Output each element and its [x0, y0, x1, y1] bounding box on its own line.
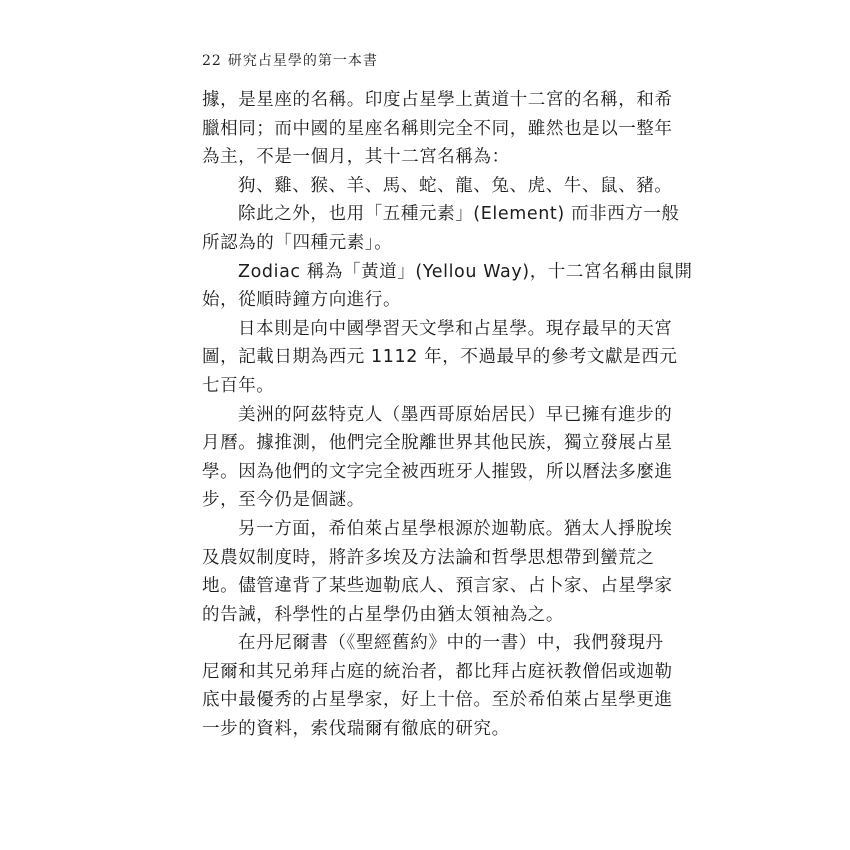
text-line: 美洲的阿茲特克人（墨西哥原始居民）早已擁有進步的	[202, 401, 658, 430]
text-line: 為主，不是一個月，其十二宮名稱為：	[202, 143, 658, 172]
text-line: 狗、雞、猴、羊、馬、蛇、龍、兔、虎、牛、鼠、豬。	[202, 172, 658, 201]
text-line: 始，從順時鐘方向進行。	[202, 286, 658, 315]
text-line: 的告誡，科學性的占星學仍由猶太領袖為之。	[202, 601, 658, 630]
text-line: 尼爾和其兄弟拜占庭的統治者，都比拜占庭祆教僧侶或迦勒	[202, 658, 658, 687]
text-line: 底中最優秀的占星學家，好上十倍。至於希伯萊占星學更進	[202, 686, 658, 715]
text-line: 地。儘管違背了某些迦勒底人、預言家、占卜家、占星學家	[202, 572, 658, 601]
book-page: 22研究占星學的第一本書 據，是星座的名稱。印度占星學上黃道十二宮的名稱，和希 …	[0, 0, 850, 850]
text-line: 另一方面，希伯萊占星學根源於迦勒底。猶太人掙脫埃	[202, 515, 658, 544]
text-line: 七百年。	[202, 372, 658, 401]
text-line: 臘相同；而中國的星座名稱則完全不同，雖然也是以一整年	[202, 115, 658, 144]
text-line: 月曆。據推測，他們完全脫離世界其他民族，獨立發展占星	[202, 429, 658, 458]
page-number: 22	[202, 53, 222, 69]
text-line: Zodiac 稱為「黃道」(Yellou Way)，十二宮名稱由鼠開	[202, 258, 658, 287]
text-line: 據，是星座的名稱。印度占星學上黃道十二宮的名稱，和希	[202, 86, 658, 115]
text-line: 在丹尼爾書（《聖經舊約》中的一書）中，我們發現丹	[202, 629, 658, 658]
text-line: 日本則是向中國學習天文學和占星學。現存最早的天宮	[202, 315, 658, 344]
book-title: 研究占星學的第一本書	[228, 53, 378, 69]
running-header: 22研究占星學的第一本書	[202, 50, 378, 70]
text-line: 所認為的「四種元素」。	[202, 229, 658, 258]
body-text: 據，是星座的名稱。印度占星學上黃道十二宮的名稱，和希 臘相同；而中國的星座名稱則…	[202, 86, 658, 744]
text-line: 一步的資料，索伐瑞爾有徹底的研究。	[202, 715, 658, 744]
text-line: 除此之外，也用「五種元素」(Element) 而非西方一般	[202, 200, 658, 229]
text-line: 步，至今仍是個謎。	[202, 486, 658, 515]
text-line: 圖，記載日期為西元 1112 年，不過最早的參考文獻是西元	[202, 343, 658, 372]
text-line: 學。因為他們的文字完全被西班牙人摧毀，所以曆法多麼進	[202, 458, 658, 487]
text-line: 及農奴制度時，將許多埃及方法論和哲學思想帶到蠻荒之	[202, 544, 658, 573]
